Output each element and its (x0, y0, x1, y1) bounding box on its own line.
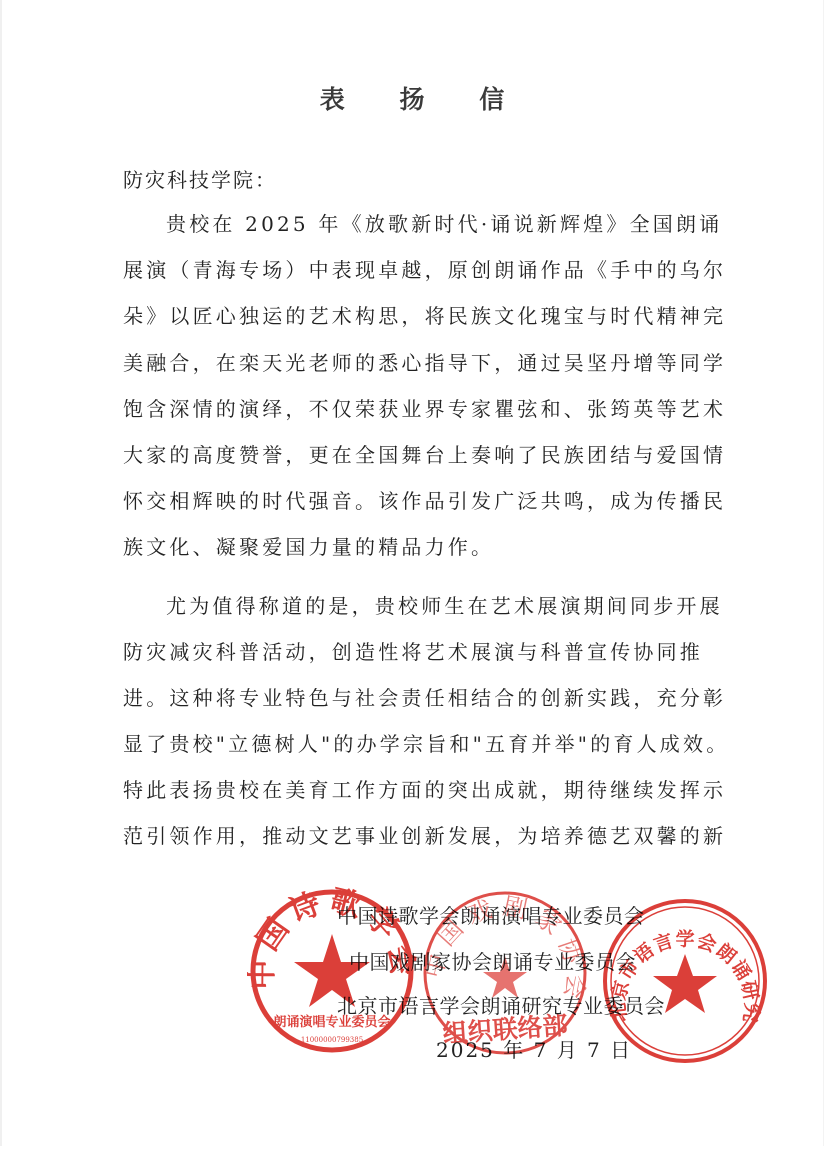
date: 2025 年 7 月 7 日 (436, 1034, 632, 1063)
seal-bottom-text: 朗诵演唱专业委员会 (273, 1014, 390, 1030)
seal-china-theatre-association: 中国戏剧家协会 组织联络部 (420, 888, 590, 1058)
salutation: 防灾科技学院： (123, 164, 277, 193)
signatory-1: 中国诗歌学会朗诵演唱专业委员会 (337, 900, 645, 929)
seal-china-poetry-society: 中国诗歌学会 朗诵演唱专业委员会 11000000799385 (247, 886, 417, 1056)
paragraph-line: 进。这种将专业特色与社会责任相结合的创新实践，充分彰 (123, 684, 703, 712)
seal-arc-text: 中国诗歌学会 (247, 886, 417, 990)
paragraph-line: 范引领作用，推动文艺事业创新发展，为培养德艺双馨的新 (123, 822, 703, 850)
seal-arc-text: 北京市语言学会朗诵研究专业委员会 (597, 896, 764, 1024)
seal-beijing-language-society: 北京市语言学会朗诵研究专业委员会 (597, 896, 773, 1066)
paragraph-line: 大家的高度赞誉，更在全国舞台上奏响了民族团结与爱国情 (123, 441, 703, 469)
paragraph-line: 族文化、凝聚爱国力量的精品力作。 (123, 533, 703, 561)
seal-bottom-text: 组织联络部 (442, 1011, 569, 1049)
signatory-2: 中国戏剧家协会朗诵专业委员会 (349, 946, 636, 975)
signatory-3: 北京市语言学会朗诵研究专业委员会 (337, 990, 665, 1019)
paragraph-line: 美融合，在栾天光老师的悉心指导下，通过吴坚丹增等同学 (123, 349, 703, 377)
paragraph-line: 饱含深情的演绎，不仅荣获业界专家瞿弦和、张筠英等艺术 (123, 395, 703, 423)
star-icon (294, 934, 370, 1007)
seal-arc-text: 中国戏剧家协会 (420, 892, 590, 1009)
svg-text:中国戏剧家协会: 中国戏剧家协会 (420, 892, 590, 1009)
paragraph-line: 特此表扬贵校在美育工作方面的突出成就，期待继续发挥示 (123, 776, 703, 804)
paragraph-line: 贵校在 2025 年《放歌新时代·诵说新辉煌》全国朗诵 (166, 210, 703, 238)
paragraph-line: 怀交相辉映的时代强音。该作品引发广泛共鸣，成为传播民 (123, 487, 703, 515)
paragraph-line: 朵》以匠心独运的艺术构思，将民族文化瑰宝与时代精神完 (123, 302, 703, 330)
paragraph-line: 显了贵校"立德树人"的办学宗旨和"五育并举"的育人成效。 (123, 730, 703, 758)
svg-text:北京市语言学会朗诵研究专业委员会: 北京市语言学会朗诵研究专业委员会 (597, 896, 764, 1024)
star-icon (653, 954, 717, 1013)
paragraph-line: 尤为值得称道的是，贵校师生在艺术展演期间同步开展 (166, 592, 703, 620)
seal-serial: 11000000799385 (301, 1036, 363, 1044)
page-edge-left (0, 0, 2, 1146)
svg-text:中国诗歌学会: 中国诗歌学会 (247, 886, 417, 990)
paragraph-line: 防灾减灾科普活动，创造性将艺术展演与科普宣传协同推 (123, 638, 703, 666)
document-title: 表 扬 信 (0, 80, 824, 116)
star-icon (483, 956, 527, 998)
paragraph-line: 展演（青海专场）中表现卓越，原创朗诵作品《手中的乌尔 (123, 256, 703, 284)
